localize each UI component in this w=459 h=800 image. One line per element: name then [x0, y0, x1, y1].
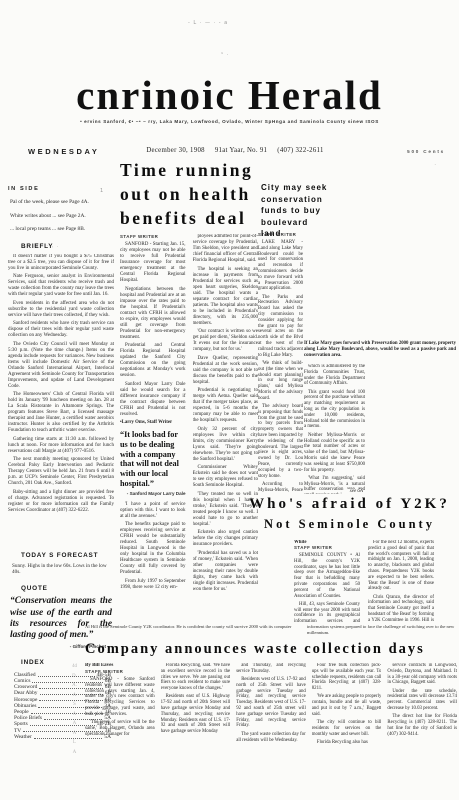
inside-item: White writes about ... see Page 2A. — [8, 213, 114, 220]
paragraph: Residents west of U.S. 17-92 and north o… — [236, 677, 306, 729]
quote-header: QUOTE — [8, 585, 114, 592]
waste-column-4: Four free bulk collection pick-ups will … — [312, 663, 382, 798]
health-col1-text-continued: 'I have a point of service option with t… — [120, 502, 186, 591]
conservation-column-2: which is administered by the Florida Com… — [304, 364, 365, 494]
paragraph: The city will continue to bill residents… — [312, 720, 382, 737]
paragraph: Sanford residents who have city trash se… — [8, 321, 114, 339]
caption-left: Al Hill is the Seminole County Y2K coord… — [85, 624, 295, 636]
waste-column-2: Florida Recycling, said. 'We have an exc… — [161, 663, 231, 798]
paragraph: The Parks and Recreation Advisory Board … — [258, 295, 303, 359]
paragraph: It doesn't matter if you bought a $75 Ch… — [8, 254, 114, 272]
masthead-tagline: • ervins Sanford, €• ~• ~ rry, Laka Mary… — [0, 119, 459, 124]
y2k-column-1: White STAFF WRITER SEMINOLE COUNTY • Al … — [294, 540, 360, 622]
scan-artifact: ¹ · — [221, 52, 229, 58]
paragraph: The yard waste collection day for all re… — [236, 732, 306, 744]
paragraph: Prudential is negotiating to merge with … — [193, 388, 259, 424]
headline-line: benefits deal — [120, 206, 260, 230]
waste-column-3: and Thursday, and recycling service Thur… — [236, 663, 306, 798]
paragraph: Negotiations between the hospital and Pr… — [120, 287, 186, 341]
headline-line: conservation — [261, 194, 331, 206]
scan-artifact: - L · — · - a — [188, 20, 228, 26]
paragraph: which is administered by the Florida Com… — [304, 364, 365, 387]
paragraph: The next monthly meeting sponsored by Un… — [8, 457, 114, 487]
paragraph: Florida Recycling also has — [312, 740, 382, 746]
forecast-text: Sunny. Highs in the low 60s. Lows in the… — [8, 563, 114, 575]
health-col1-text: SANFORD - Starting Jan. 15, city employe… — [120, 242, 186, 418]
jump-line: see 6A — [346, 489, 363, 494]
masthead: cnrinoic Herald • ervins Sanford, €• ~• … — [0, 74, 459, 124]
paragraph: From July 1997 to September 1998, there … — [120, 579, 186, 591]
paragraph: SANFORD - Starting Jan. 15, city employe… — [120, 242, 186, 284]
paragraph: LAKE MARY - Land along Lake Mary Bouleva… — [258, 240, 303, 292]
paragraph: Dave Queller, representing Prudential at… — [193, 356, 259, 386]
headline-line: funds to buy — [261, 205, 331, 217]
staff-writer-kicker: STAFF WRITER — [294, 545, 360, 550]
paragraph: This grant would fund 100 percent of the… — [304, 390, 365, 431]
dateline-date: December 30, 1908 — [146, 147, 205, 154]
conservation-col2-text: which is administered by the Florida Com… — [304, 364, 365, 494]
waste-column-1: By Bill Eaves STAFF WRITER SANFORD - Som… — [85, 663, 155, 798]
pull-quote: It looks bad for us to be dealing with a… — [120, 429, 186, 497]
inside-item: ... local prep teams ... see Page 8B. — [8, 226, 114, 233]
paragraph: The advisory board is proposing that fun… — [258, 404, 303, 479]
dateline-phone: (407) 322-2611 — [277, 147, 323, 154]
staff-writer-kicker: STAFF WRITER — [258, 232, 303, 237]
waste-headline: Company announces waste collection days — [85, 641, 459, 658]
paragraph: and Thursday, and recycling service Thur… — [236, 663, 306, 675]
staff-writer-kicker: STAFF WRITER — [85, 669, 155, 674]
y2k-column-2: For the next 12 months, experts predict … — [368, 540, 434, 622]
paragraph: Baby-sitting and a light dinner are prov… — [8, 490, 114, 514]
caption-right: information systems prepared to face the… — [307, 624, 457, 636]
paragraph: Prudential and Central Florida Regional … — [120, 343, 186, 379]
waste-column-5: service contracts in Longwood, Oviedo, D… — [387, 663, 457, 798]
paragraph: ployees admitted for point-of-service co… — [193, 234, 259, 264]
paragraph: According to Mylissa-Morris, Peace has b… — [258, 482, 303, 492]
paragraph: SEMINOLE COUNTY • Al Hill, the county's … — [294, 553, 360, 599]
paragraph: Nate Ferguson, senior analyst in Environ… — [8, 274, 114, 298]
y2k-col1-text: SEMINOLE COUNTY • Al Hill, the county's … — [294, 553, 360, 622]
paragraph: 'We are asking people to properly contai… — [312, 694, 382, 717]
health-column-2: ployees admitted for point-of-service co… — [193, 234, 259, 600]
y2k-headline-line2: Not Seminole County — [240, 517, 459, 532]
headline-line: out on health — [120, 182, 260, 206]
price: 500 Cents — [407, 149, 445, 154]
paragraph: 'Prudential has saved us a lot of money,… — [193, 551, 259, 593]
paragraph: For the next 12 months, experts predict … — [368, 540, 434, 592]
paragraph: Four free bulk collection pick-ups will … — [312, 663, 382, 692]
briefly-header: BRIEFLY — [8, 243, 114, 250]
paragraph: Gathering time starts at 11:30 a.m. foll… — [8, 437, 114, 455]
forecast-header: TODAY S FORECAST — [8, 552, 114, 559]
paragraph: SANFORD - Some Sanford residents will ha… — [85, 677, 155, 718]
headline-line: City may seek — [261, 182, 331, 194]
paragraph: Hill, 43, says Seminole County will ente… — [294, 602, 360, 622]
headline-line: Time running — [120, 158, 260, 182]
newspaper-front-page: - L · — · - a ¹ · 1 , ' N ' · , . · 4d D… — [0, 0, 459, 800]
pull-quote-attribution: - Sanford Mayor Larry Dale — [120, 491, 186, 496]
briefly-section: It doesn't matter if you bought a $75 Ch… — [8, 254, 114, 542]
conservation-headline: City may seek conservation funds to buy … — [261, 182, 331, 240]
waste-columns: By Bill Eaves STAFF WRITER SANFORD - Som… — [85, 663, 457, 798]
inside-item: Pal of the week, please see Page 4A. — [8, 199, 114, 206]
waste-col1-text: SANFORD - Some Sanford residents will ha… — [85, 677, 155, 737]
paragraph: 'I have a point of service option with t… — [120, 502, 186, 520]
health-headline: Time running out on health benefits deal — [120, 158, 260, 230]
y2k-columns: White STAFF WRITER SEMINOLE COUNTY • Al … — [294, 540, 434, 622]
index-section: Weather — [14, 734, 32, 740]
paragraph: The hospital is seeking an increase in p… — [193, 267, 259, 327]
paragraph: The Homeowners' Club of Central Florida … — [8, 392, 114, 434]
paragraph: Under the rate schedule, residential rat… — [387, 689, 457, 712]
paragraph: 'We think of build-out (the time when we… — [258, 361, 303, 402]
paragraph: Chris Qranzo, the director of informatio… — [368, 595, 434, 622]
pull-quote-text: It looks bad for us to be dealing with a… — [120, 430, 186, 489]
dateline-edition: 91at Yaar, No. 91 — [215, 147, 267, 154]
paragraph: service contracts in Longwood, Oviedo, D… — [387, 663, 457, 686]
y2k-photo-caption: Al Hill is the Seminole County Y2K coord… — [85, 624, 457, 636]
paragraph: Florida Recycling, said. 'We have an exc… — [161, 663, 231, 692]
conservation-col1-text: LAKE MARY - Land along Lake Mary Bouleva… — [258, 240, 303, 492]
paragraph: The benefits package paid to employees r… — [120, 522, 186, 576]
paragraph: The direct hot line for Florida Recyclin… — [387, 714, 457, 737]
paragraph: Neither Mylissa-Morris or Holland could … — [304, 433, 365, 474]
inside-label: IN SIDE — [8, 186, 114, 192]
staff-writer-kicker: STAFF WRITER — [120, 234, 186, 239]
byline: By Bill Eaves — [85, 663, 155, 668]
paragraph: The Oviedo City Council will meet Monday… — [8, 342, 114, 390]
paragraph: Eckstein also urged caution before the c… — [193, 530, 259, 548]
paragraph: Sanford Mayor Larry Dale said he would s… — [120, 382, 186, 418]
paragraph: 'The level of service will be the same,'… — [85, 720, 155, 737]
dateline-day: WEDNESDAY — [28, 147, 99, 156]
scan-artifact: · — [434, 162, 437, 168]
paragraph: Only 32 percent of city employees live w… — [193, 427, 259, 463]
conservation-photo-caption: If Lake Mary goes forward with Preservat… — [304, 341, 456, 359]
paragraph: Even residents in the affected area who … — [8, 301, 114, 319]
dateline-info: December 30, 1908 91at Yaar, No. 91 (407… — [120, 147, 350, 154]
paragraph: Residents east of U.S. Highway 17-92 and… — [161, 694, 231, 735]
paragraph: 'Our contract is written so we get paid … — [193, 329, 259, 353]
byline: •Larry Oms, Staff Writer — [120, 420, 186, 425]
y2k-headline-line1: Who's afraid of Y2K? — [240, 496, 459, 513]
conservation-column-1: STAFF WRITER LAKE MARY - Land along Lake… — [258, 232, 303, 492]
health-column-1: STAFF WRITER SANFORD - Starting Jan. 15,… — [120, 234, 186, 600]
health-columns: STAFF WRITER SANFORD - Starting Jan. 15,… — [120, 234, 258, 600]
masthead-title: cnrinoic Herald — [0, 74, 459, 116]
paragraph: Commissioner Whitey Eckstein said he doe… — [193, 465, 259, 489]
